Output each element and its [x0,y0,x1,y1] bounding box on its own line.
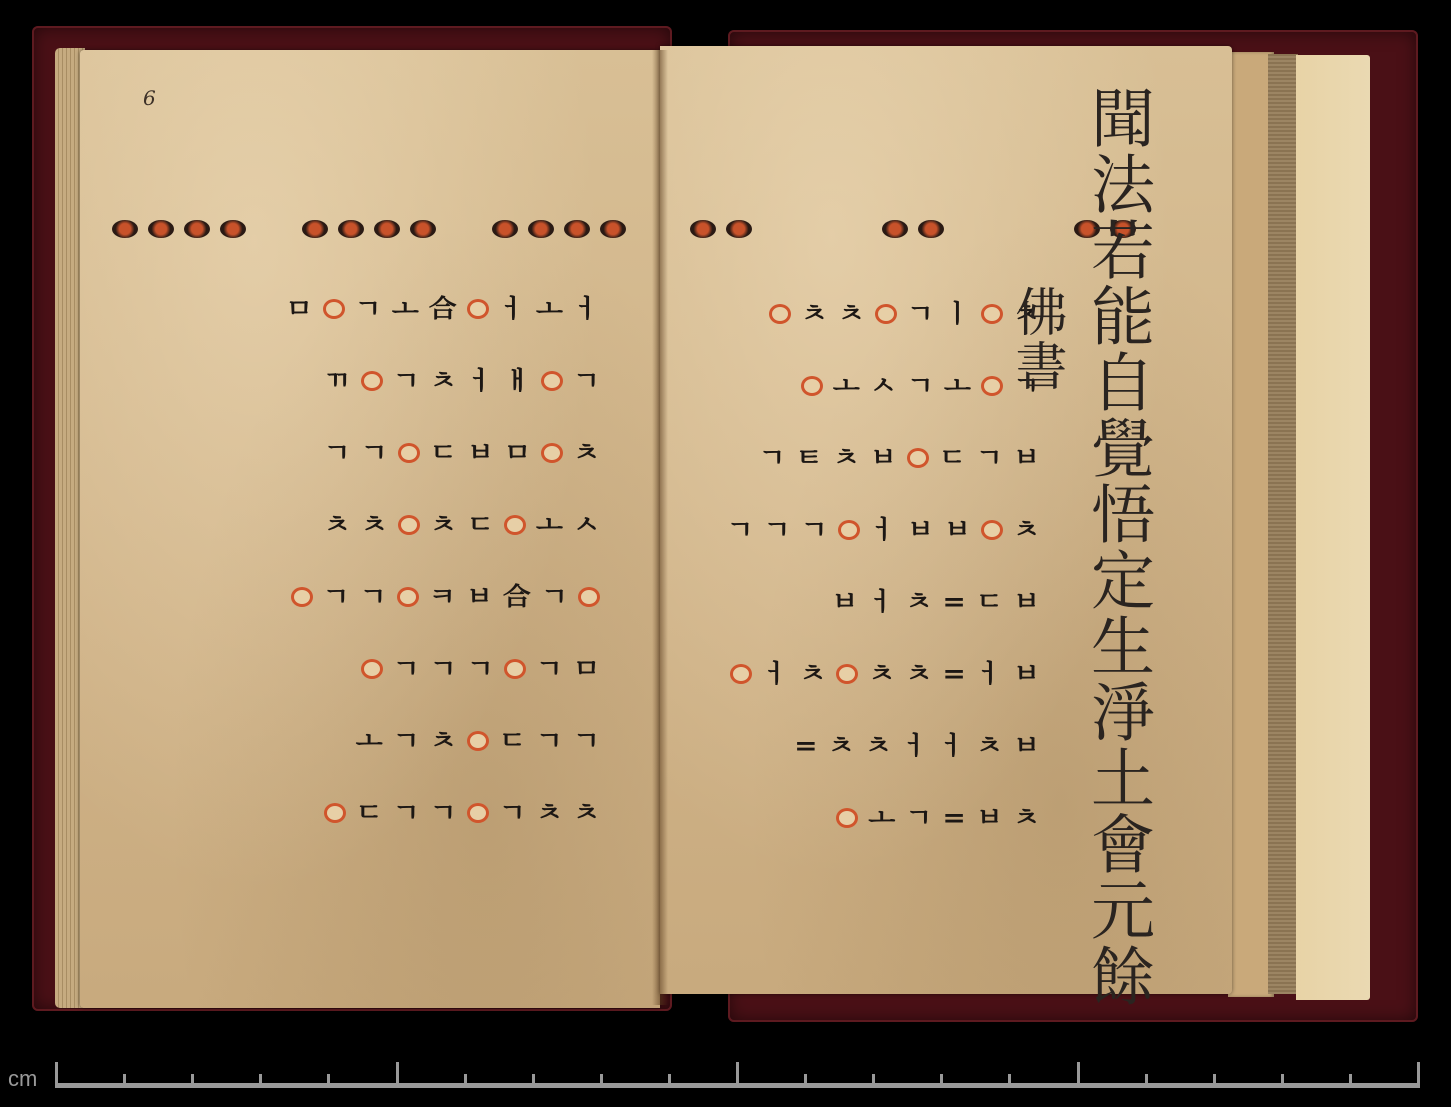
glyph: ㅗ [392,296,419,321]
glyph: ㅗ [868,805,895,830]
red-dot-mark [338,220,364,238]
glyph: ㅅ [870,373,897,398]
glyph: ㄱ [393,728,420,753]
glyph: ㅐ [504,368,531,393]
ruler-minor-tick [872,1074,875,1088]
glyph: ㅋ [429,584,456,609]
glyph: ㅊ [1013,805,1040,830]
ruler-minor-tick [1008,1074,1011,1088]
glyph-row: ㄱㄱㅋㅂ合ㄱ [291,583,600,611]
glyph: ㅊ [1013,517,1040,542]
glyph-row: ㄲㄱㅊㅓㅐㄱ [324,367,600,395]
glyph: ㅊ [905,589,932,614]
glyph-row: =ㅊㅊㅓㅓㅊㅂ [794,732,1040,760]
ruler-minor-tick [1145,1074,1148,1088]
ruler-minor-tick [804,1074,807,1088]
glyph: ㅂ [1013,661,1040,686]
glyph: ㅊ [865,733,892,758]
glyph: ㅁ [573,656,600,681]
red-circle-mark [361,371,383,391]
red-circle-mark [541,371,563,391]
red-dot-mark [184,220,210,238]
red-dot-mark [410,220,436,238]
ruler-minor-tick [940,1074,943,1088]
page-number: 6 [143,86,156,110]
glyph: ㅓ [762,661,789,686]
glyph: ㅂ [466,584,493,609]
glyph: ㅗ [536,512,563,537]
glyph-row: ㄷㄱㄱㄱㅊㅊ [324,799,600,827]
glyph: ㅓ [499,296,526,321]
glyph: ㅗ [536,296,563,321]
glyph: ㅂ [944,517,971,542]
glyph-row: ㅗㄱㅊㄷㄱㄱ [356,727,600,755]
glyph-row: ㄱㄱㄷㅂㅁㅊ [324,439,600,467]
red-circle-mark [541,443,563,463]
glyph: ㄱ [430,800,457,825]
glyph: ㅊ [430,368,457,393]
red-circle-mark [578,587,600,607]
glyph: = [794,733,817,758]
glyph: ㅊ [573,440,600,465]
glyph: ㄷ [356,800,383,825]
glyph: ㅅ [573,512,600,537]
glyph: ㄱ [801,517,828,542]
ruler-minor-tick [668,1074,671,1088]
red-dot-mark [600,220,626,238]
glyph: ㅂ [467,440,494,465]
red-dot-mark [690,220,716,238]
right-header-dots [690,220,1136,238]
glyph: ㅗ [944,373,971,398]
ruler-major-tick [1077,1062,1080,1088]
glyph: ㄱ [727,517,754,542]
glyph-row: ㅓㅊㅊㅊ=ㅓㅂ [730,660,1040,688]
red-circle-mark [291,587,313,607]
glyph: ㄷ [976,589,1003,614]
glyph: ㄱ [759,445,786,470]
ruler-minor-tick [1349,1074,1352,1088]
ruler-minor-tick [191,1074,194,1088]
glyph: ㅊ [430,728,457,753]
red-circle-mark [361,659,383,679]
left-header-dots [112,220,626,238]
glyph: ㅂ [1013,733,1040,758]
glyph-row: ㅁㄱㅗ合ㅓㅗㅓ [286,295,600,323]
red-dot-mark [726,220,752,238]
glyph: ㅓ [573,296,600,321]
red-circle-mark [801,376,823,396]
glyph-row: ㅂㅓㅊ=ㄷㅂ [831,588,1040,616]
glyph: ㅊ [799,661,826,686]
glyph: ㅊ [801,301,828,326]
glyph: ㅓ [467,368,494,393]
glyph: ㄱ [430,656,457,681]
red-circle-mark [836,664,858,684]
glyph: ㄷ [499,728,526,753]
red-circle-mark [323,299,345,319]
red-circle-mark [981,304,1003,324]
glyph: ㄲ [324,368,351,393]
red-circle-mark [467,731,489,751]
red-circle-mark [467,299,489,319]
glyph: ㅗ [356,728,383,753]
ruler-major-tick [396,1062,399,1088]
glyph: ㄱ [393,656,420,681]
glyph: ㅊ [905,661,932,686]
red-circle-mark [324,803,346,823]
glyph-row: ㄱㄱㄱㅓㅂㅂㅊ [727,516,1040,544]
red-circle-mark [981,376,1003,396]
glyph: ㅊ [536,800,563,825]
glyph: ㄷ [467,512,494,537]
glyph: = [942,589,965,614]
red-circle-mark [730,664,752,684]
glyph: ㄱ [393,368,420,393]
ruler-minor-tick [259,1074,262,1088]
red-circle-mark [504,659,526,679]
glyph: ㅊ [838,301,865,326]
glyph: ㄷ [430,440,457,465]
red-dot-mark [302,220,328,238]
red-dot-mark [882,220,908,238]
red-dot-mark [492,220,518,238]
ruler-minor-tick [464,1074,467,1088]
red-dot-mark [220,220,246,238]
glyph: ㅊ [361,512,388,537]
glyph: ㅁ [504,440,531,465]
glyph: ㅊ [828,733,855,758]
red-circle-mark [398,515,420,535]
glyph: ㅌ [796,445,823,470]
book-gutter [652,50,668,1005]
ruler-minor-tick [1281,1074,1284,1088]
ruler-minor-tick [1213,1074,1216,1088]
ruler-minor-tick [123,1074,126,1088]
glyph: ㅂ [831,589,858,614]
glyph: ㄱ [536,728,563,753]
red-circle-mark [836,808,858,828]
glyph: ㅓ [976,661,1003,686]
glyph: ㅓ [868,589,895,614]
glyph: ㄱ [324,440,351,465]
red-circle-mark [398,443,420,463]
glyph: ㅊ [573,800,600,825]
glyph: ㅂ [870,445,897,470]
red-circle-mark [467,803,489,823]
glyph: = [942,805,965,830]
glyph-row: ㅗㅅㄱㅗㄱ [801,372,1040,400]
ruler-minor-tick [532,1074,535,1088]
red-circle-mark [907,448,929,468]
glyph: ㄱ [764,517,791,542]
ruler-unit-label: cm [8,1066,37,1092]
glyph: ㅊ [868,661,895,686]
ruler-major-tick [1417,1062,1420,1088]
red-dot-mark [148,220,174,238]
glyph: ㅣ [944,301,971,326]
glyph: ㅊ [976,733,1003,758]
glyph: ㄱ [355,296,382,321]
glyph: ㄱ [573,728,600,753]
glyph: ㄱ [907,301,934,326]
red-dot-mark [564,220,590,238]
red-circle-mark [504,515,526,535]
glyph: ㅁ [286,296,313,321]
vertical-inscription-secondary: 佛書 [1010,285,1062,393]
glyph: ㅂ [1013,445,1040,470]
scale-ruler [55,1062,1420,1088]
red-circle-mark [769,304,791,324]
glyph-row: ㅊㅊㄱㅣㅊ [769,300,1040,328]
glyph: ㄱ [573,368,600,393]
glyph-row: ㅗㄱ=ㅂㅊ [836,804,1040,832]
glyph: ㅂ [907,517,934,542]
glyph: = [942,661,965,686]
glyph-row: ㄱㄱㄱㄱㅁ [361,655,600,683]
glyph: ㅗ [833,373,860,398]
glyph: ㄱ [323,584,350,609]
glyph: ㄱ [467,656,494,681]
glyph: ㅓ [939,733,966,758]
glyph: ㅊ [430,512,457,537]
glyph: ㄱ [361,440,388,465]
ruler-major-tick [55,1062,58,1088]
binding-strip [1268,54,1298,994]
glyph: ㅓ [902,733,929,758]
glyph: ㄱ [499,800,526,825]
red-dot-mark [528,220,554,238]
glyph: ㄱ [360,584,387,609]
glyph: ㄷ [939,445,966,470]
red-dot-mark [918,220,944,238]
glyph: ㄱ [976,445,1003,470]
glyph: ㅓ [870,517,897,542]
ruler-minor-tick [327,1074,330,1088]
red-circle-mark [875,304,897,324]
red-circle-mark [981,520,1003,540]
vertical-inscription-main: 聞法若能自覺悟定生淨土會元餘 [1085,85,1149,1009]
glyph: 合 [429,296,457,321]
glyph: ㅊ [833,445,860,470]
red-circle-mark [397,587,419,607]
red-dot-mark [112,220,138,238]
glyph: ㄱ [536,656,563,681]
glyph: 合 [503,584,531,609]
glyph: ㄱ [907,373,934,398]
red-circle-mark [838,520,860,540]
glyph: ㅊ [324,512,351,537]
ruler-minor-tick [600,1074,603,1088]
endpaper [1296,55,1370,1000]
glyph: ㄱ [541,584,568,609]
glyph: ㄱ [905,805,932,830]
ruler-major-tick [736,1062,739,1088]
glyph-row: ㄱㅌㅊㅂㄷㄱㅂ [759,444,1040,472]
glyph-row: ㅊㅊㅊㄷㅗㅅ [324,511,600,539]
glyph: ㅂ [1013,589,1040,614]
glyph: ㄱ [393,800,420,825]
glyph: ㅂ [976,805,1003,830]
red-dot-mark [374,220,400,238]
